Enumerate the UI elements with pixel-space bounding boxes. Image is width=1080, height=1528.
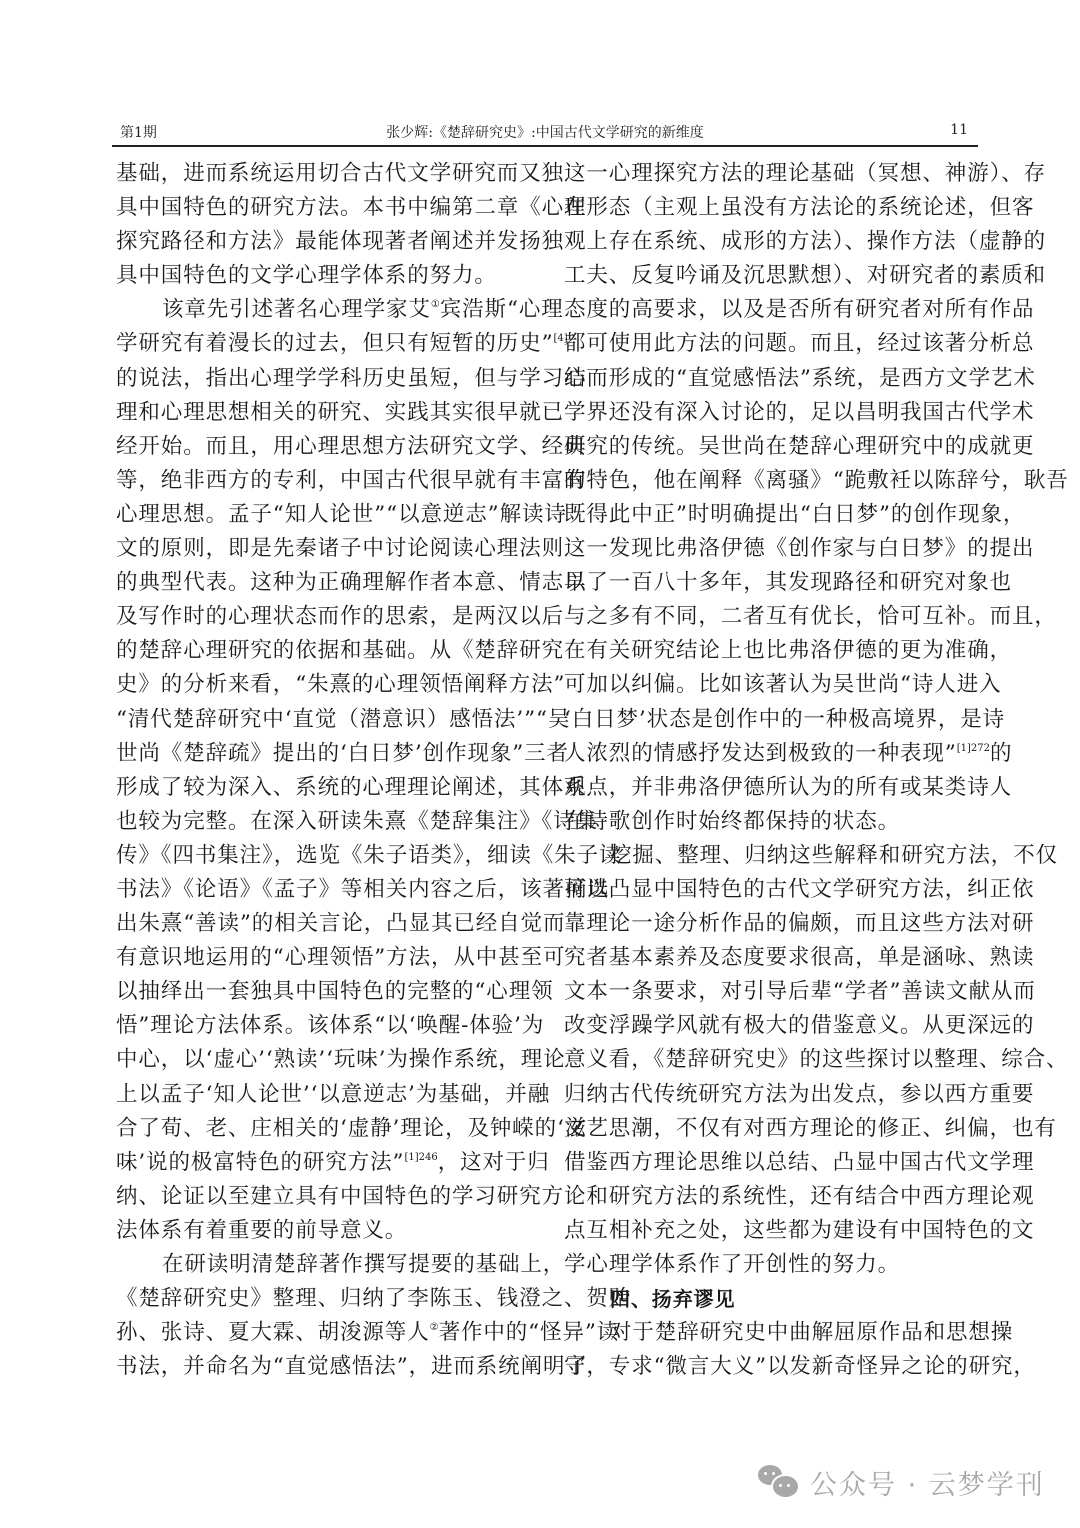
text-line: 守，专求“微言大义”以发新奇怪异之论的研究， [564,1350,982,1384]
text-line: 《楚辞研究史》整理、归纳了李陈玉、钱澄之、贺贻 [116,1282,534,1316]
text-line: 的楚辞心理研究的依据和基础。从《楚辞研究 [116,634,534,668]
text-line: 挖掘、整理、归纳这些解释和研究方法，不仅 [564,839,982,873]
text-line: 观点，并非弗洛伊德所认为的所有或某类诗人 [564,771,982,805]
text-line: 孙、张诗、夏大霖、胡浚源等人②著作中的“怪异”读 [116,1316,534,1350]
text-line: 具中国特色的文学心理学体系的努力。 [116,259,534,293]
text-line: 法体系有着重要的前导意义。 [116,1214,534,1248]
text-line: 在形态（主观上虽没有方法论的系统论述，但客 [564,191,982,225]
text-line: 研究的传统。吴世尚在楚辞心理研究中的成就更 [564,430,982,464]
text-line: 学心理学体系作了开创性的努力。 [564,1248,982,1282]
text-line: 基础，进而系统运用切合古代文学研究而又独 [116,157,534,191]
text-line: 归纳古代传统研究方法为出发点，参以西方重要 [564,1078,982,1112]
watermark: 公众号 · 云梦学刊 [758,1462,1045,1502]
text-line: 心理思想。孟子“知人论世”“以意逆志”解读诗 [116,498,534,532]
text-line: 对于楚辞研究史中曲解屈原作品和思想操 [564,1316,982,1350]
text-line: 以抽绎出一套独具中国特色的完整的“心理领 [116,975,534,1009]
text-line: 学界还没有深入讨论的，足以昌明我国古代学术 [564,396,982,430]
text-line: 具中国特色的研究方法。本书中编第二章《心理 [116,191,534,225]
text-line: 改变浮躁学风就有极大的借鉴意义。从更深远的 [564,1009,982,1043]
text-line: 意义看，《楚辞研究史》的这些探讨以整理、综合、 [564,1043,982,1077]
text-line: 理和心理思想相关的研究、实践其实很早就已 [116,396,534,430]
citation-marker: ② [430,1322,439,1333]
text-line: 等，绝非西方的专利，中国古代很早就有丰富的 [116,464,534,498]
text-line: 在有关研究结论上也比弗洛伊德的更为准确， [564,634,982,668]
text-line: 既得此中正”时明确提出“白日梦”的创作现象， [564,498,982,532]
text-line: 纳、论证以至建立具有中国特色的学习研究方 [116,1180,534,1214]
wechat-icon [758,1465,798,1499]
text-line: 都可使用此方法的问题。而且，经过该著分析总 [564,327,982,361]
text-line: 也较为完整。在深入研读朱熹《楚辞集注》《诗集 [116,805,534,839]
section-heading: 四、扬弃谬见 [564,1282,982,1316]
text-line: 学研究有着漫长的过去，但只有短暂的历史”[4] [116,327,534,361]
citation-marker: [1]246 [404,1152,437,1163]
text-line: 这一心理探究方法的理论基础（冥想、神游）、存 [564,157,982,191]
header-rule [112,145,978,147]
watermark-text: 公众号 · 云梦学刊 [810,1463,1045,1502]
text-line: 文艺思潮，不仅有对西方理论的修正、纠偏，也有 [564,1112,982,1146]
citation-marker: [1]272 [957,743,990,754]
text-line: 经开始。而且，用心理思想方法研究文学、经典 [116,430,534,464]
page-number: 11 [950,122,968,138]
text-line: 借鉴西方理论思维以总结、凸显中国古代文学理 [564,1146,982,1180]
text-line: 靠理论一途分析作品的偏颇，而且这些方法对研 [564,907,982,941]
text-line: 传》《四书集注》，选览《朱子语类》，细读《朱子读 [116,839,534,873]
running-title: 张少辉:《楚辞研究史》:中国古代文学研究的新维度 [112,122,978,142]
text-line: 该章先引述著名心理学家艾①宾浩斯“心理 [116,293,534,327]
text-line: 人浓烈的情感抒发达到极致的一种表现”[1]272的 [564,737,982,771]
text-line: ‘白日梦’状态是创作中的一种极高境界，是诗 [564,703,982,737]
text-line: 史》的分析来看，“朱熹的心理领悟阐释方法” [116,668,534,702]
left-column: 基础，进而系统运用切合古代文学研究而又独具中国特色的研究方法。本书中编第二章《心… [116,157,534,1384]
text-line: 出朱熹“善读”的相关言论，凸显其已经自觉而 [116,907,534,941]
text-line: 工夫、反复吟诵及沉思默想）、对研究者的素质和 [564,259,982,293]
text-line: 探究路径和方法》最能体现著者阐述并发扬独 [116,225,534,259]
right-column: 这一心理探究方法的理论基础（冥想、神游）、存在形态（主观上虽没有方法论的系统论述… [564,157,982,1384]
text-line: 早了一百八十多年，其发现路径和研究对象也 [564,566,982,600]
text-line: 悟”理论方法体系。该体系“以‘唤醒-体验’为 [116,1009,534,1043]
text-line: 味’说的极富特色的研究方法”[1]246，这对于归 [116,1146,534,1180]
text-line: 及写作时的心理状态而作的思索，是两汉以后 [116,600,534,634]
text-line: 在诗歌创作时始终都保持的状态。 [564,805,982,839]
running-header: 第1期 张少辉:《楚辞研究史》:中国古代文学研究的新维度 11 [112,118,978,146]
text-line: 与之多有不同，二者互有优长，恰可互补。而且， [564,600,982,634]
text-line: 有特色，他在阐释《离骚》“跪敷衽以陈辞兮，耿吾 [564,464,982,498]
text-line: 可以凸显中国特色的古代文学研究方法，纠正依 [564,873,982,907]
text-line: 合了荀、老、庄相关的‘虚静’理论，及钟嵘的‘滋 [116,1112,534,1146]
text-line: 观上存在系统、成形的方法）、操作方法（虚静的 [564,225,982,259]
text-line: 有意识地运用的“心理领悟”方法，从中甚至可 [116,941,534,975]
text-line: 世尚《楚辞疏》提出的‘白日梦’创作现象”三者 [116,737,534,771]
text-line: 文的原则，即是先秦诸子中讨论阅读心理法则 [116,532,534,566]
text-line: “清代楚辞研究中‘直觉（潜意识）感悟法’”“吴 [116,703,534,737]
text-line: 形成了较为深入、系统的心理理论阐述，其体系 [116,771,534,805]
text-line: 在研读明清楚辞著作撰写提要的基础上， [116,1248,534,1282]
citation-marker: ① [431,299,440,310]
text-line: 论和研究方法的系统性，还有结合中西方理论观 [564,1180,982,1214]
text-line: 书法》《论语》《孟子》等相关内容之后，该著摘选 [116,873,534,907]
text-line: 态度的高要求，以及是否所有研究者对所有作品 [564,293,982,327]
text-line: 上以孟子‘知人论世’‘以意逆志’为基础，并融 [116,1078,534,1112]
text-line: 结而形成的“直觉感悟法”系统，是西方文学艺术 [564,362,982,396]
text-line: 文本一条要求，对引导后辈“学者”善读文献从而 [564,975,982,1009]
text-line: 中心，以‘虚心’‘熟读’‘玩味’为操作系统，理论 [116,1043,534,1077]
text-line: 究者基本素养及态度要求很高，单是涵咏、熟读 [564,941,982,975]
text-line: 的典型代表。这种为正确理解作者本意、情志以 [116,566,534,600]
text-line: 可加以纠偏。比如该著认为吴世尚“诗人进入 [564,668,982,702]
text-line: 的说法，指出心理学学科历史虽短，但与学习心 [116,362,534,396]
text-line: 这一发现比弗洛伊德《创作家与白日梦》的提出 [564,532,982,566]
text-line: 点互相补充之处，这些都为建设有中国特色的文 [564,1214,982,1248]
text-line: 书法，并命名为“直觉感悟法”，进而系统阐明了 [116,1350,534,1384]
